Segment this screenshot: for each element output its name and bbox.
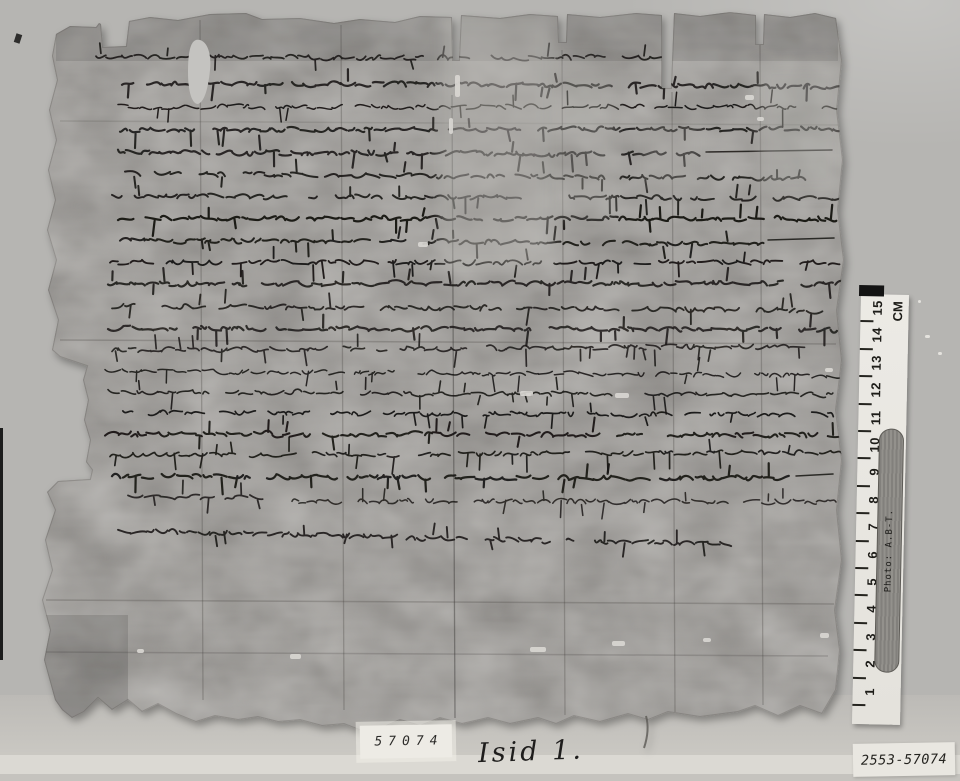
abrasion-patch	[758, 62, 842, 194]
fiber-loss-fleck	[615, 393, 629, 398]
fiber-loss-fleck	[612, 641, 625, 646]
fiber-loss-fleck	[520, 391, 533, 396]
ruler: 151413121110987654321 CM Photo: A.B-T.	[852, 294, 909, 725]
caption-text: Isid 1.	[478, 734, 585, 769]
fiber-loss-fleck	[290, 654, 301, 659]
ruler-number: 14	[863, 321, 892, 349]
fiber-loss-fleck	[455, 75, 460, 97]
photo-credit-strip: Photo: A.B-T.	[874, 428, 904, 672]
ruler-number: 13	[862, 349, 891, 377]
fiber-loss-fleck	[820, 633, 829, 638]
inventory-label: 57074	[360, 724, 453, 759]
cm-text: CM	[890, 301, 905, 322]
abrasion-patch	[550, 62, 616, 220]
fiber-loss-fleck	[757, 117, 764, 121]
ruler-number: 1	[855, 678, 884, 706]
papyrus-photo-canvas	[0, 0, 960, 781]
fiber-loss-fleck	[137, 649, 144, 653]
fiber-loss-fleck	[703, 638, 711, 642]
abrasion-patch	[440, 14, 552, 266]
ruler-number: 11	[861, 404, 890, 432]
papyrus-sheet	[30, 5, 856, 748]
fiber-loss-fleck	[449, 118, 453, 134]
abrasion-patch	[640, 122, 702, 192]
negative-number: 2553-57074	[861, 751, 948, 769]
negative-number-label: 2553-57074	[853, 742, 956, 777]
ruler-unit-label: CM	[887, 296, 908, 326]
fiber-loss-fleck	[530, 647, 546, 652]
fiber-loss-fleck	[418, 242, 428, 247]
photo-credit-text: Photo: A.B-T.	[883, 509, 895, 593]
fiber-loss-fleck	[745, 95, 754, 100]
fiber-loss-fleck	[825, 368, 833, 372]
ruler-number: 12	[862, 376, 891, 404]
photograph: 151413121110987654321 CM Photo: A.B-T. 5…	[0, 0, 960, 781]
caption-label: Isid 1.	[477, 724, 658, 776]
inventory-number: 57074	[368, 733, 443, 749]
